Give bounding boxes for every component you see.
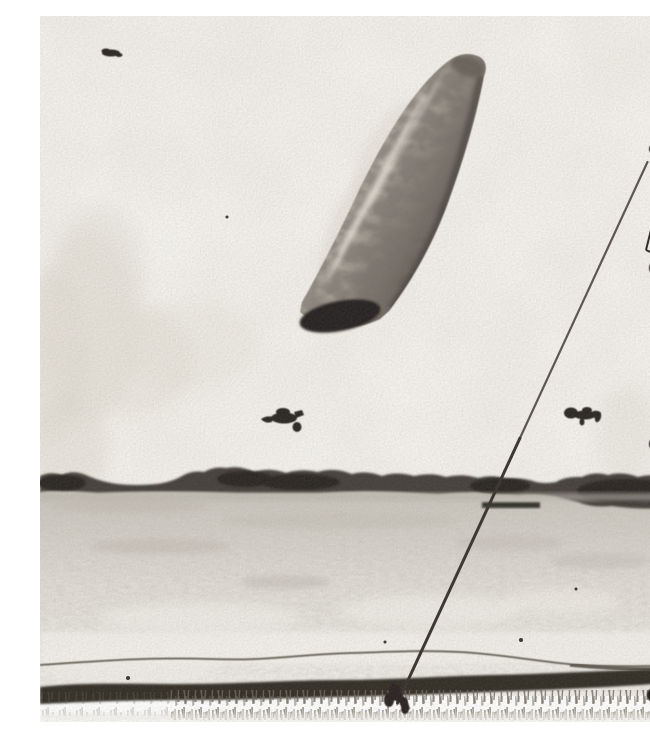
grain-overlay bbox=[40, 16, 650, 722]
photo-content bbox=[40, 16, 650, 722]
photo-canvas bbox=[40, 16, 650, 722]
photograph bbox=[40, 16, 650, 722]
